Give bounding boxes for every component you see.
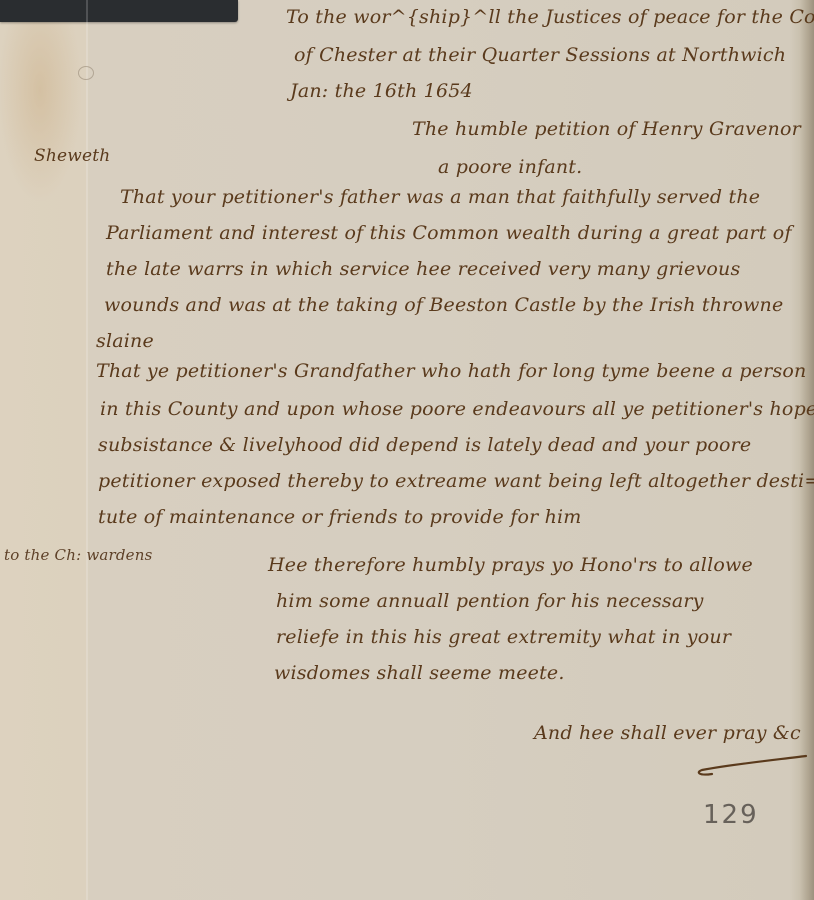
prayer-line-2: him some annuall pention for his necessa… bbox=[276, 590, 704, 612]
petition-heading-line-2: a poore infant. bbox=[438, 156, 582, 178]
address-line-1: To the wor^{ship}^ll the Justices of pea… bbox=[286, 6, 814, 28]
body-line-9: petitioner exposed thereby to extreame w… bbox=[98, 470, 814, 492]
margin-note-churchwardens: to the Ch: wardens bbox=[4, 546, 153, 564]
dark-backing-board bbox=[0, 0, 238, 22]
body-line-6: That ye petitioner's Grandfather who hat… bbox=[96, 360, 807, 382]
closing-flourish bbox=[694, 752, 809, 778]
body-line-4: wounds and was at the taking of Beeston … bbox=[104, 294, 783, 316]
petition-heading-line-1: The humble petition of Henry Gravenor bbox=[412, 118, 801, 140]
ink-stain-mark bbox=[78, 66, 94, 80]
address-line-2: of Chester at their Quarter Sessions at … bbox=[294, 44, 786, 66]
body-line-3: the late warrs in which service hee rece… bbox=[106, 258, 740, 280]
manuscript-page: To the wor^{ship}^ll the Justices of pea… bbox=[0, 0, 814, 900]
paper-fold-line bbox=[86, 0, 88, 900]
body-line-7: in this County and upon whose poore ende… bbox=[100, 398, 814, 420]
body-line-2: Parliament and interest of this Common w… bbox=[106, 222, 792, 244]
body-line-1: That your petitioner's father was a man … bbox=[120, 186, 760, 208]
body-line-10: tute of maintenance or friends to provid… bbox=[98, 506, 582, 528]
address-line-3-date: Jan: the 16th 1654 bbox=[290, 80, 473, 102]
body-line-5: slaine bbox=[96, 330, 154, 352]
margin-note-sheweth: Sheweth bbox=[34, 146, 110, 166]
folio-number: 129 bbox=[703, 800, 759, 830]
closing-line: And hee shall ever pray &c bbox=[534, 722, 801, 744]
prayer-line-1: Hee therefore humbly prays yo Hono'rs to… bbox=[268, 554, 753, 576]
body-line-8: subsistance & livelyhood did depend is l… bbox=[98, 434, 751, 456]
prayer-line-4: wisdomes shall seeme meete. bbox=[274, 662, 565, 684]
prayer-line-3: reliefe in this his great extremity what… bbox=[276, 626, 731, 648]
